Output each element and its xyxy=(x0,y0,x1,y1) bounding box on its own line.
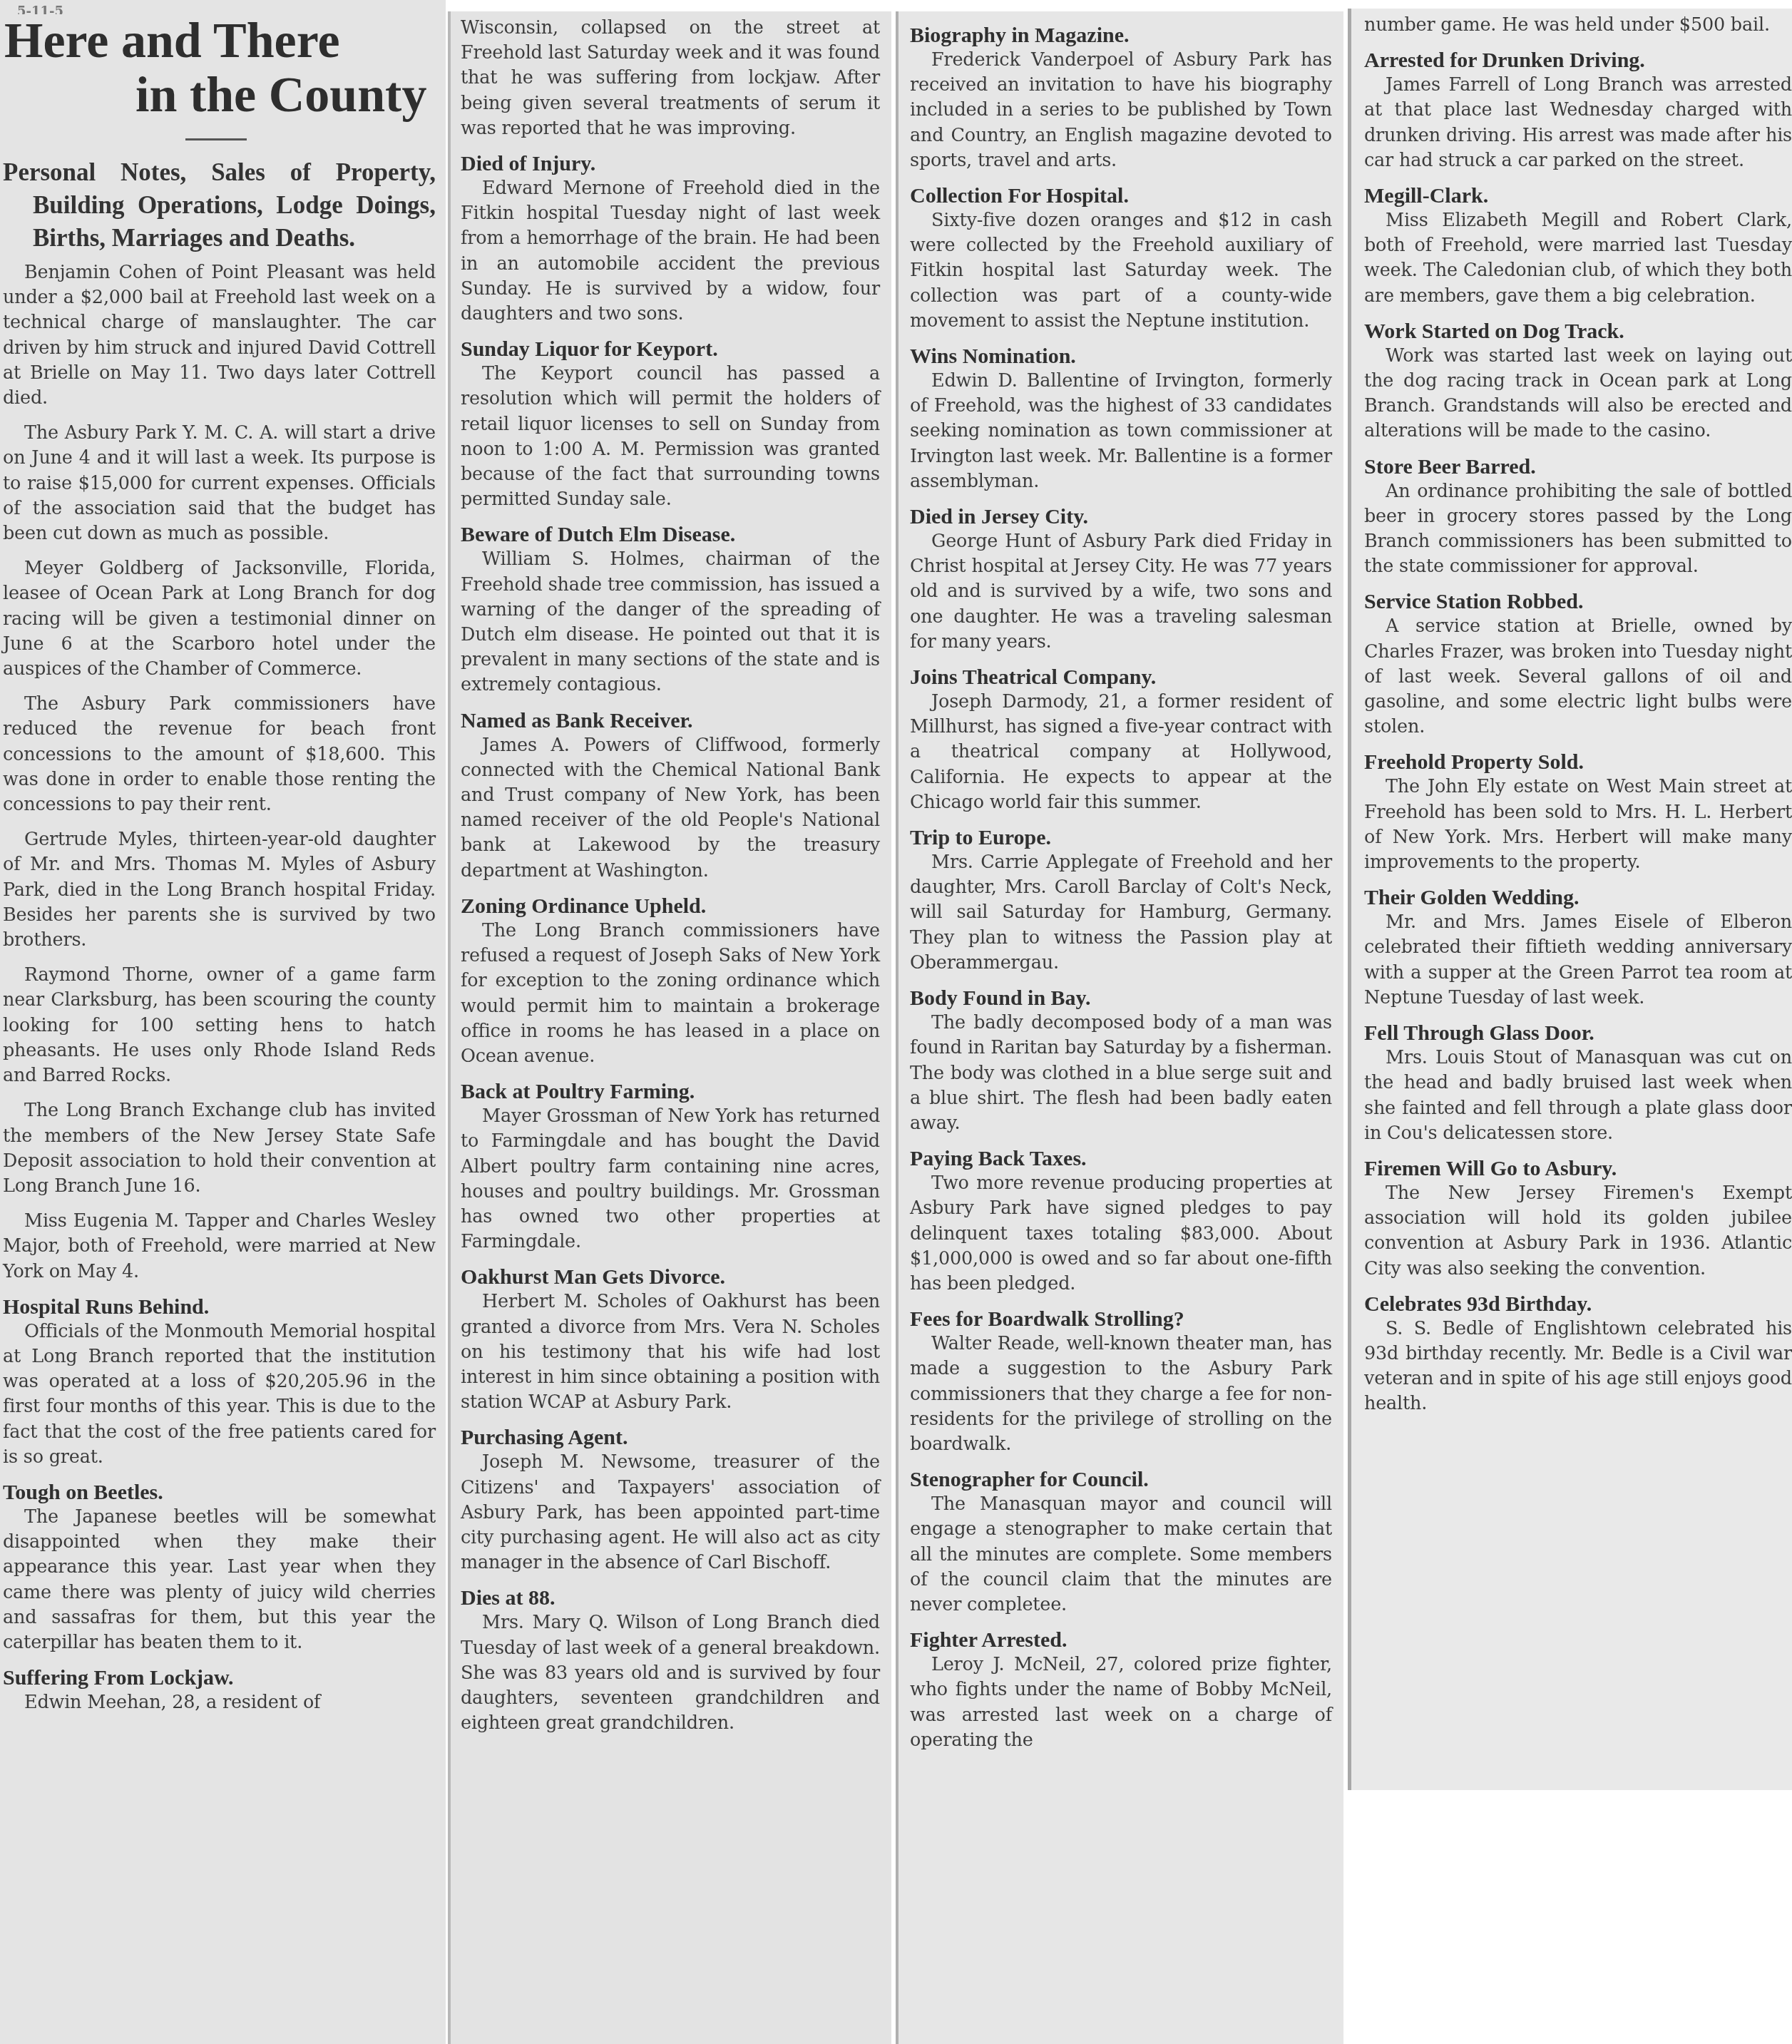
news-item-heading: Named as Bank Receiver. xyxy=(461,708,880,733)
news-item: Megill-Clark.Miss Elizabeth Megill and R… xyxy=(1364,183,1792,309)
news-item-heading: Arrested for Drunken Driving. xyxy=(1364,48,1792,73)
news-item-heading: Firemen Will Go to Asbury. xyxy=(1364,1156,1792,1181)
news-item-body: The Long Branch Exchange club has invite… xyxy=(3,1098,436,1199)
news-item: Their Golden Wedding.Mr. and Mrs. James … xyxy=(1364,885,1792,1011)
column-items: Biography in Magazine.Frederick Vanderpo… xyxy=(910,23,1332,1753)
news-item: Firemen Will Go to Asbury.The New Jersey… xyxy=(1364,1156,1792,1282)
news-item-body: Sixty-five dozen oranges and $12 in cash… xyxy=(910,208,1332,334)
news-item: Collection For Hospital.Sixty-five dozen… xyxy=(910,183,1332,334)
news-item: Named as Bank Receiver.James A. Powers o… xyxy=(461,708,880,884)
news-item-heading: Fell Through Glass Door. xyxy=(1364,1021,1792,1046)
column-items: Benjamin Cohen of Point Pleasant was hel… xyxy=(3,260,436,1715)
news-item-body: Benjamin Cohen of Point Pleasant was hel… xyxy=(3,260,436,411)
news-item-body: Leroy J. McNeil, 27, colored prize fight… xyxy=(910,1652,1332,1753)
news-item-body: Mayer Grossman of New York has returned … xyxy=(461,1104,880,1254)
news-item: Benjamin Cohen of Point Pleasant was hel… xyxy=(3,260,436,411)
news-item-heading: Biography in Magazine. xyxy=(910,23,1332,48)
news-item: Arrested for Drunken Driving.James Farre… xyxy=(1364,48,1792,173)
news-item-body: The Asbury Park commissioners have reduc… xyxy=(3,692,436,817)
news-item-body: Work was started last week on laying out… xyxy=(1364,344,1792,444)
news-item: Work Started on Dog Track.Work was start… xyxy=(1364,319,1792,444)
news-item-body: Joseph Darmody, 21, a former resident of… xyxy=(910,690,1332,815)
news-item-body: Miss Eugenia M. Tapper and Charles Wesle… xyxy=(3,1209,436,1284)
news-item: Raymond Thorne, owner of a game farm nea… xyxy=(3,963,436,1088)
news-item-heading: Died in Jersey City. xyxy=(910,504,1332,529)
news-item-heading: Paying Back Taxes. xyxy=(910,1146,1332,1171)
page-number-fragment: 5-11-5 xyxy=(17,4,436,14)
news-item: Died in Jersey City.George Hunt of Asbur… xyxy=(910,504,1332,655)
news-item-body: number game. He was held under $500 bail… xyxy=(1364,13,1792,38)
news-item: Wins Nomination.Edwin D. Ballentine of I… xyxy=(910,344,1332,494)
page-headline: Here and There in the County xyxy=(3,14,436,123)
news-item: Purchasing Agent.Joseph M. Newsome, trea… xyxy=(461,1425,880,1575)
news-item-body: The New Jersey Firemen's Exempt associat… xyxy=(1364,1181,1792,1282)
news-item-body: Edward Mernone of Freehold died in the F… xyxy=(461,176,880,327)
news-item: Dies at 88.Mrs. Mary Q. Wilson of Long B… xyxy=(461,1585,880,1736)
news-item-body: A service station at Brielle, owned by C… xyxy=(1364,614,1792,740)
news-item-body: Mrs. Carrie Applegate of Freehold and he… xyxy=(910,850,1332,976)
news-item: Body Found in Bay.The badly decomposed b… xyxy=(910,986,1332,1136)
news-item: Paying Back Taxes.Two more revenue produ… xyxy=(910,1146,1332,1297)
news-item-body: Raymond Thorne, owner of a game farm nea… xyxy=(3,963,436,1088)
news-item-body: Herbert M. Scholes of Oakhurst has been … xyxy=(461,1289,880,1415)
news-item-body: William S. Holmes, chairman of the Freeh… xyxy=(461,547,880,697)
news-item: Trip to Europe.Mrs. Carrie Applegate of … xyxy=(910,825,1332,976)
news-item: Joins Theatrical Company.Joseph Darmody,… xyxy=(910,665,1332,815)
news-item: Stenographer for Council.The Manasquan m… xyxy=(910,1467,1332,1618)
news-item-body: Mr. and Mrs. James Eisele of Elberon cel… xyxy=(1364,910,1792,1011)
news-item-body: The Manasquan mayor and council will eng… xyxy=(910,1492,1332,1618)
news-item-body: Walter Reade, well-known theater man, ha… xyxy=(910,1332,1332,1457)
news-item-heading: Tough on Beetles. xyxy=(3,1480,436,1505)
news-item: Sunday Liquor for Keyport.The Keyport co… xyxy=(461,337,880,512)
news-item: Biography in Magazine.Frederick Vanderpo… xyxy=(910,23,1332,173)
news-item: Oakhurst Man Gets Divorce.Herbert M. Sch… xyxy=(461,1264,880,1415)
news-item-heading: Oakhurst Man Gets Divorce. xyxy=(461,1264,880,1289)
news-item-body: The Keyport council has passed a resolut… xyxy=(461,362,880,512)
news-item-body: Meyer Goldberg of Jacksonville, Florida,… xyxy=(3,556,436,682)
news-item: Store Beer Barred.An ordinance prohibiti… xyxy=(1364,454,1792,580)
news-item: Hospital Runs Behind.Officials of the Mo… xyxy=(3,1294,436,1470)
news-item-body: Miss Elizabeth Megill and Robert Clark, … xyxy=(1364,208,1792,309)
news-item-heading: Freehold Property Sold. xyxy=(1364,750,1792,775)
news-item-heading: Fighter Arrested. xyxy=(910,1627,1332,1652)
news-item-heading: Celebrates 93d Birthday. xyxy=(1364,1292,1792,1317)
news-item-heading: Megill-Clark. xyxy=(1364,183,1792,208)
column-items: Wisconsin, collapsed on the street at Fr… xyxy=(461,16,880,1736)
news-item-body: Wisconsin, collapsed on the street at Fr… xyxy=(461,16,880,141)
news-item-heading: Dies at 88. xyxy=(461,1585,880,1610)
news-item-body: James A. Powers of Cliffwood, formerly c… xyxy=(461,733,880,884)
column-items: number game. He was held under $500 bail… xyxy=(1364,13,1792,1417)
news-item-body: Frederick Vanderpoel of Asbury Park has … xyxy=(910,48,1332,173)
news-item-body: Two more revenue producing properties at… xyxy=(910,1171,1332,1297)
news-item-heading: Joins Theatrical Company. xyxy=(910,665,1332,690)
news-item-heading: Suffering From Lockjaw. xyxy=(3,1665,436,1690)
headline-line-2: in the County xyxy=(3,68,436,123)
headline-divider xyxy=(185,138,247,140)
news-item-body: Mrs. Louis Stout of Manasquan was cut on… xyxy=(1364,1046,1792,1146)
news-item: Wisconsin, collapsed on the street at Fr… xyxy=(461,16,880,141)
news-item-heading: Stenographer for Council. xyxy=(910,1467,1332,1492)
news-item-heading: Purchasing Agent. xyxy=(461,1425,880,1450)
news-item-heading: Service Station Robbed. xyxy=(1364,589,1792,614)
news-item: The Long Branch Exchange club has invite… xyxy=(3,1098,436,1199)
news-item: Fees for Boardwalk Strolling?Walter Read… xyxy=(910,1307,1332,1457)
news-item-body: The John Ely estate on West Main street … xyxy=(1364,775,1792,875)
news-item: Suffering From Lockjaw.Edwin Meehan, 28,… xyxy=(3,1665,436,1715)
news-item-body: The Long Branch commissioners have refus… xyxy=(461,919,880,1069)
headline-deck: Personal Notes, Sales of Property, Build… xyxy=(3,156,436,255)
news-item-body: James Farrell of Long Branch was arreste… xyxy=(1364,73,1792,173)
column-4: number game. He was held under $500 bail… xyxy=(1348,9,1792,1790)
news-item-body: Mrs. Mary Q. Wilson of Long Branch died … xyxy=(461,1610,880,1736)
news-item-heading: Beware of Dutch Elm Disease. xyxy=(461,522,880,547)
news-item-heading: Collection For Hospital. xyxy=(910,183,1332,208)
news-item-body: Edwin Meehan, 28, a resident of xyxy=(3,1690,436,1715)
news-item-heading: Their Golden Wedding. xyxy=(1364,885,1792,910)
news-item: Gertrude Myles, thirteen-year-old daught… xyxy=(3,827,436,953)
column-2: Wisconsin, collapsed on the street at Fr… xyxy=(448,11,891,2044)
news-item: Back at Poultry Farming.Mayer Grossman o… xyxy=(461,1079,880,1254)
news-item-heading: Died of Injury. xyxy=(461,151,880,176)
news-item-heading: Fees for Boardwalk Strolling? xyxy=(910,1307,1332,1332)
news-item: The Asbury Park commissioners have reduc… xyxy=(3,692,436,817)
news-item-heading: Trip to Europe. xyxy=(910,825,1332,850)
news-item-body: S. S. Bedle of Englishtown celebrated hi… xyxy=(1364,1317,1792,1417)
news-item-heading: Zoning Ordinance Upheld. xyxy=(461,894,880,919)
news-item-heading: Work Started on Dog Track. xyxy=(1364,319,1792,344)
news-item-body: Edwin D. Ballentine of Irvington, former… xyxy=(910,369,1332,494)
news-item-body: The badly decomposed body of a man was f… xyxy=(910,1011,1332,1136)
news-item: Fighter Arrested.Leroy J. McNeil, 27, co… xyxy=(910,1627,1332,1753)
news-item: Beware of Dutch Elm Disease.William S. H… xyxy=(461,522,880,697)
news-item-heading: Back at Poultry Farming. xyxy=(461,1079,880,1104)
news-item: Service Station Robbed.A service station… xyxy=(1364,589,1792,740)
news-item: Tough on Beetles.The Japanese beetles wi… xyxy=(3,1480,436,1655)
news-item: The Asbury Park Y. M. C. A. will start a… xyxy=(3,421,436,546)
news-item: number game. He was held under $500 bail… xyxy=(1364,13,1792,38)
news-item: Fell Through Glass Door.Mrs. Louis Stout… xyxy=(1364,1021,1792,1146)
news-item-body: Joseph M. Newsome, treasurer of the Citi… xyxy=(461,1450,880,1575)
news-item: Celebrates 93d Birthday.S. S. Bedle of E… xyxy=(1364,1292,1792,1417)
news-item-heading: Body Found in Bay. xyxy=(910,986,1332,1011)
news-item: Miss Eugenia M. Tapper and Charles Wesle… xyxy=(3,1209,436,1284)
news-item: Died of Injury.Edward Mernone of Freehol… xyxy=(461,151,880,327)
news-item-body: Officials of the Monmouth Memorial hospi… xyxy=(3,1319,436,1470)
column-1: 5-11-5 Here and There in the County Pers… xyxy=(0,0,446,2044)
news-item-body: Gertrude Myles, thirteen-year-old daught… xyxy=(3,827,436,953)
news-item-heading: Wins Nomination. xyxy=(910,344,1332,369)
news-item-body: An ordinance prohibiting the sale of bot… xyxy=(1364,479,1792,580)
news-item: Meyer Goldberg of Jacksonville, Florida,… xyxy=(3,556,436,682)
news-item-body: The Asbury Park Y. M. C. A. will start a… xyxy=(3,421,436,546)
news-item-body: The Japanese beetles will be somewhat di… xyxy=(3,1505,436,1655)
headline-line-1: Here and There xyxy=(3,14,436,68)
news-item: Freehold Property Sold.The John Ely esta… xyxy=(1364,750,1792,875)
news-item-heading: Sunday Liquor for Keyport. xyxy=(461,337,880,362)
column-3: Biography in Magazine.Frederick Vanderpo… xyxy=(896,11,1343,2044)
news-item-body: George Hunt of Asbury Park died Friday i… xyxy=(910,529,1332,655)
news-item: Zoning Ordinance Upheld.The Long Branch … xyxy=(461,894,880,1069)
news-item-heading: Store Beer Barred. xyxy=(1364,454,1792,479)
news-item-heading: Hospital Runs Behind. xyxy=(3,1294,436,1319)
